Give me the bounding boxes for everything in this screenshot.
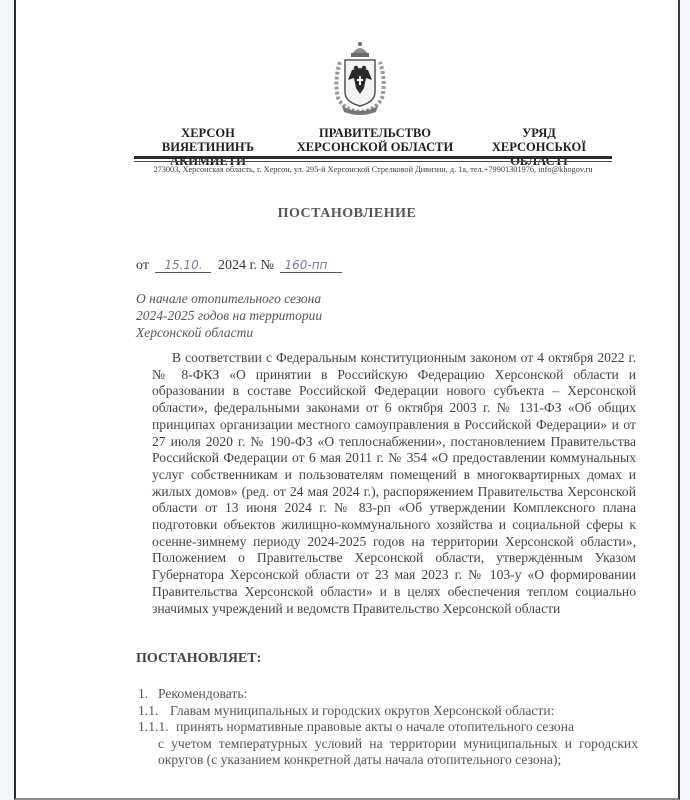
letterhead-rule-thin bbox=[134, 161, 612, 162]
list-item-continuation: с учетом температурных условий на террит… bbox=[138, 736, 638, 769]
decree-items: 1. Рекомендовать: 1.1. Главам муниципаль… bbox=[138, 686, 638, 769]
letterhead-rule bbox=[134, 156, 612, 159]
document-page: ХЕРСОН ВИЯЕТИНИНЪ АКИМИЕТИ ПРАВИТЕЛЬСТВО… bbox=[14, 0, 680, 800]
decree-heading: ПОСТАНОВЛЯЕТ: bbox=[136, 651, 261, 667]
handwritten-number: 160-пп bbox=[280, 258, 342, 273]
document-subject: О начале отопительного сезона 2024-2025 … bbox=[136, 290, 396, 341]
letterhead-address: 273003, Херсонская область, г. Херсон, у… bbox=[134, 165, 612, 174]
letterhead-russian: ПРАВИТЕЛЬСТВО ХЕРСОНСКОЙ ОБЛАСТИ bbox=[290, 126, 460, 154]
list-item: 1.1. Главам муниципальных и городских ок… bbox=[138, 703, 638, 720]
list-item: 1. Рекомендовать: bbox=[138, 686, 638, 703]
preamble-paragraph: В соответствии с Федеральным конституцио… bbox=[152, 350, 636, 617]
handwritten-date: 15.10. bbox=[155, 258, 211, 273]
document-title: ПОСТАНОВЛЕНИЕ bbox=[16, 206, 678, 222]
list-item: 1.1.1. принять нормативные правовые акты… bbox=[138, 719, 638, 736]
coat-of-arms-icon bbox=[332, 40, 388, 116]
date-number-line: от 15.10. 2024 г. № 160-пп bbox=[136, 258, 342, 274]
